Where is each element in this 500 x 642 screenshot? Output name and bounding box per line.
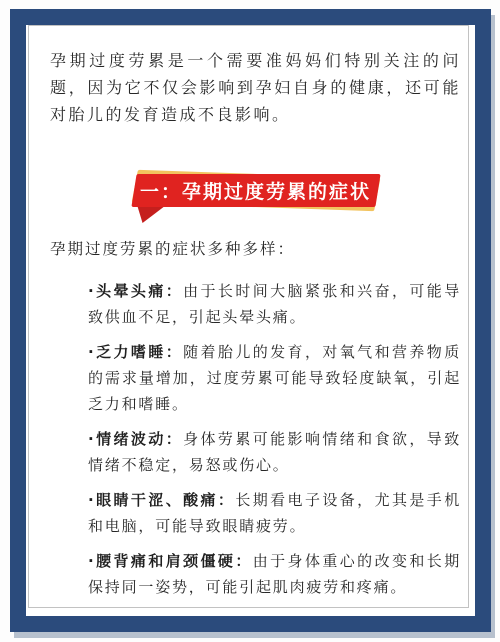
symptoms-subtitle: 孕期过度劳累的症状多种多样： [50,238,461,260]
list-item-dizziness: ·头晕头痛：由于长时间大脑紧张和兴奋，可能导致供血不足，引起头晕头痛。 [88,278,461,330]
list-item-term: ·腰背痛和肩颈僵硬： [88,552,253,570]
section-banner: 一：孕期过度劳累的症状 [134,174,378,207]
list-item-mood: ·情绪波动：身体劳累可能影响情绪和食欲，导致情绪不稳定，易怒或伤心。 [88,426,461,478]
list-item-term: ·头晕头痛： [88,282,183,300]
content-card: 孕期过度劳累是一个需要准妈妈们特别关注的问题，因为它不仅会影响到孕妇自身的健康，… [10,9,491,632]
card-content: 孕期过度劳累是一个需要准妈妈们特别关注的问题，因为它不仅会影响到孕妇自身的健康，… [26,25,475,616]
article-page: 孕期过度劳累是一个需要准妈妈们特别关注的问题，因为它不仅会影响到孕妇自身的健康，… [0,0,500,642]
list-item-eyes: ·眼睛干涩、酸痛：长期看电子设备，尤其是手机和电脑，可能导致眼睛疲劳。 [88,487,461,539]
intro-paragraph: 孕期过度劳累是一个需要准妈妈们特别关注的问题，因为它不仅会影响到孕妇自身的健康，… [50,47,461,128]
list-item-term: ·眼睛干涩、酸痛： [88,491,235,509]
list-item-fatigue: ·乏力嗜睡：随着胎儿的发育，对氧气和营养物质的需求量增加，过度劳累可能导致轻度缺… [88,339,461,417]
section-banner-title: 一：孕期过度劳累的症状 [140,177,371,204]
list-item-term: ·乏力嗜睡： [88,343,183,361]
symptom-list: ·头晕头痛：由于长时间大脑紧张和兴奋，可能导致供血不足，引起头晕头痛。 ·乏力嗜… [88,278,461,600]
list-item-term: ·情绪波动： [88,430,183,448]
list-item-back-pain: ·腰背痛和肩颈僵硬：由于身体重心的改变和长期保持同一姿势，可能引起肌肉疲劳和疼痛… [88,548,461,600]
banner-ribbon: 一：孕期过度劳累的症状 [131,174,380,207]
